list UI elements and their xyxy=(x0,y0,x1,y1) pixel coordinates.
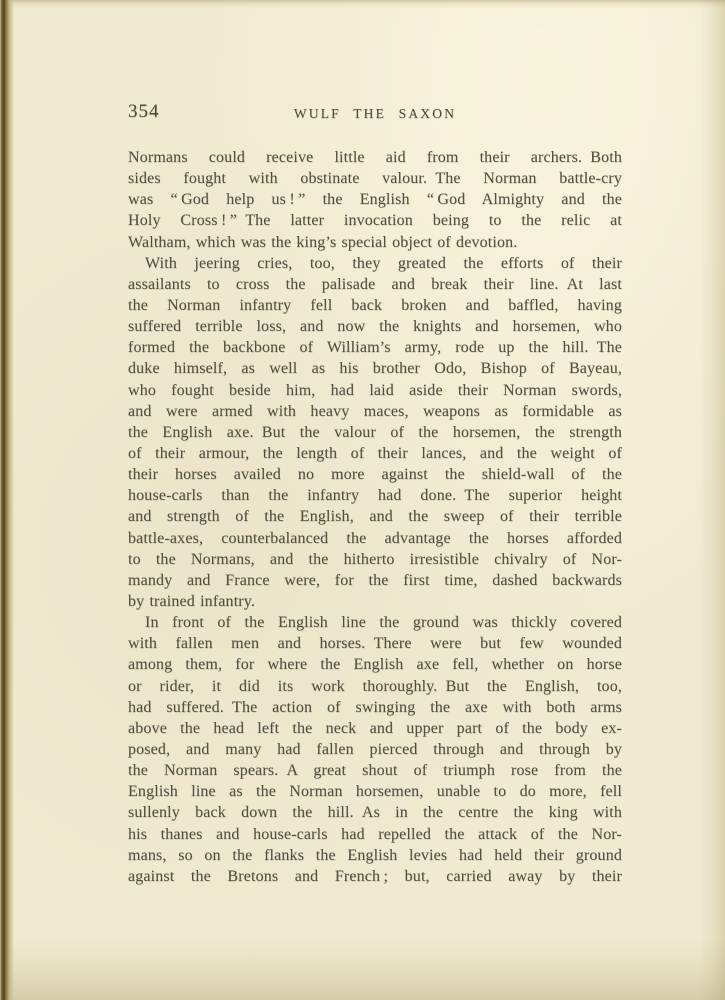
text-line: had suffered. The action of swinging the… xyxy=(128,697,622,718)
text-line: Waltham, which was the king’s special ob… xyxy=(128,232,622,253)
text-line: and were armed with heavy maces, weapons… xyxy=(128,401,622,422)
text-line: duke himself, as well as his brother Odo… xyxy=(128,358,622,379)
text-line: battle-axes, counterbalanced the advanta… xyxy=(128,528,622,549)
text-line: above the head left the neck and upper p… xyxy=(128,718,622,739)
text-line: assailants to cross the palisade and bre… xyxy=(128,274,622,295)
text-line: In front of the English line the ground … xyxy=(128,612,622,633)
text-line: and strength of the English, and the swe… xyxy=(128,506,622,527)
text-line: Normans could receive little aid from th… xyxy=(128,147,622,168)
text-line: by trained infantry. xyxy=(128,591,622,612)
text-line: sullenly back down the hill. As in the c… xyxy=(128,802,622,823)
text-block: Normans could receive little aid from th… xyxy=(128,147,622,887)
running-title: WULF THE SAXON xyxy=(128,106,622,122)
text-line: English line as the Norman horsemen, una… xyxy=(128,781,622,802)
text-line: the Norman infantry fell back broken and… xyxy=(128,295,622,316)
text-line: against the Bretons and French ; but, ca… xyxy=(128,866,622,887)
text-line: mans, so on the flanks the English levie… xyxy=(128,845,622,866)
text-line: their horses availed no more against the… xyxy=(128,464,622,485)
text-line: was “ God help us ! ” the English “ God … xyxy=(128,189,622,210)
text-line: who fought beside him, had laid aside th… xyxy=(128,380,622,401)
text-line: sides fought with obstinate valour. The … xyxy=(128,168,622,189)
text-line: the Norman spears. A great shout of triu… xyxy=(128,760,622,781)
paragraph: Normans could receive little aid from th… xyxy=(128,147,622,253)
page-header: 354 WULF THE SAXON xyxy=(128,101,622,125)
text-line: among them, for where the English axe fe… xyxy=(128,654,622,675)
text-line: with fallen men and horses. There were b… xyxy=(128,633,622,654)
text-line: house-carls than the infantry had done. … xyxy=(128,485,622,506)
text-line: posed, and many had fallen pierced throu… xyxy=(128,739,622,760)
text-line: his thanes and house-carls had repelled … xyxy=(128,824,622,845)
text-line: the English axe. But the valour of the h… xyxy=(128,422,622,443)
text-line: With jeering cries, too, they greated th… xyxy=(128,253,622,274)
text-line: or rider, it did its work thoroughly. Bu… xyxy=(128,676,622,697)
text-line: formed the backbone of William’s army, r… xyxy=(128,337,622,358)
paragraph: In front of the English line the ground … xyxy=(128,612,622,887)
book-page: 354 WULF THE SAXON Normans could receive… xyxy=(0,0,725,1000)
text-line: mandy and France were, for the first tim… xyxy=(128,570,622,591)
text-line: Holy Cross ! ” The latter invocation bei… xyxy=(128,210,622,231)
page-left-edge xyxy=(0,0,14,1000)
text-line: to the Normans, and the hitherto irresis… xyxy=(128,549,622,570)
text-line: of their armour, the length of their lan… xyxy=(128,443,622,464)
text-line: suffered terrible loss, and now the knig… xyxy=(128,316,622,337)
paragraph: With jeering cries, too, they greated th… xyxy=(128,253,622,612)
